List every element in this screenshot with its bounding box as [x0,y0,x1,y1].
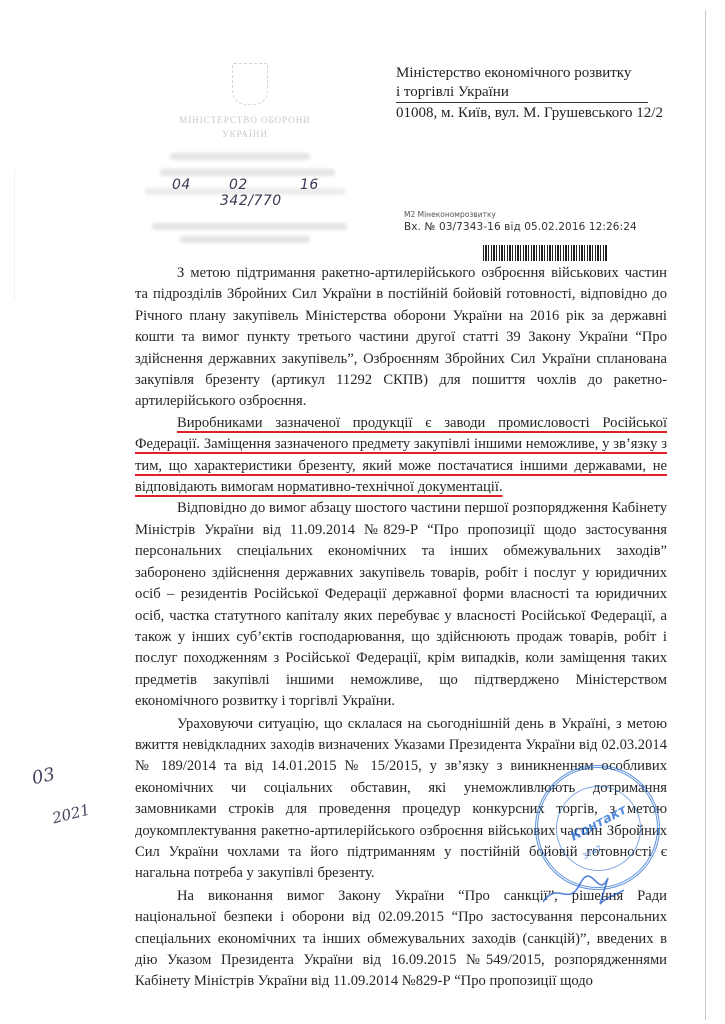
addressee-block: Міністерство економічного розвитку і тор… [396,63,666,123]
letterhead-subtitle: УКРАЇНИ [140,129,350,139]
barcode [483,245,607,261]
paragraph: З метою підтримання ракетно-артилерійськ… [135,263,667,413]
letterhead-faded-line [180,236,310,243]
coat-of-arms-icon [232,63,268,105]
page-edge [705,10,706,1020]
addressee-name-line1: Міністерство економічного розвитку [396,63,666,83]
handwritten-year: 16 [300,177,319,193]
handwritten-month: 02 [229,177,248,193]
margin-note: 03 [30,764,57,789]
margin-note: 2021 [50,801,91,828]
handwritten-day: 04 [172,177,191,193]
handwritten-outgoing-number: 342/770 [220,193,282,209]
page-edge [14,170,15,300]
letterhead-faded-line [160,169,335,176]
letterhead-faded-line [170,153,310,160]
letterhead-title: МІНІСТЕРСТВО ОБОРОНИ [140,115,350,125]
addressee-name-line2: і торгівлі України [396,83,648,103]
registration-number: Вх. № 03/7343-16 від 05.02.2016 12:26:24 [404,221,637,233]
addressee-address: 01008, м. Київ, вул. М. Грушевського 12/… [396,103,666,123]
registration-organization: М2 Мінекономрозвитку [404,210,637,219]
letterhead: МІНІСТЕРСТВО ОБОРОНИ УКРАЇНИ [140,55,350,255]
registration-stamp: М2 Мінекономрозвитку Вх. № 03/7343-16 ві… [404,210,637,233]
signature-icon [538,870,628,910]
letterhead-faded-line [152,223,347,230]
paragraph: Відповідно до вимог абзацу шостого части… [135,498,667,712]
paragraph-highlighted: Виробниками зазначеної продукції є завод… [135,413,667,499]
